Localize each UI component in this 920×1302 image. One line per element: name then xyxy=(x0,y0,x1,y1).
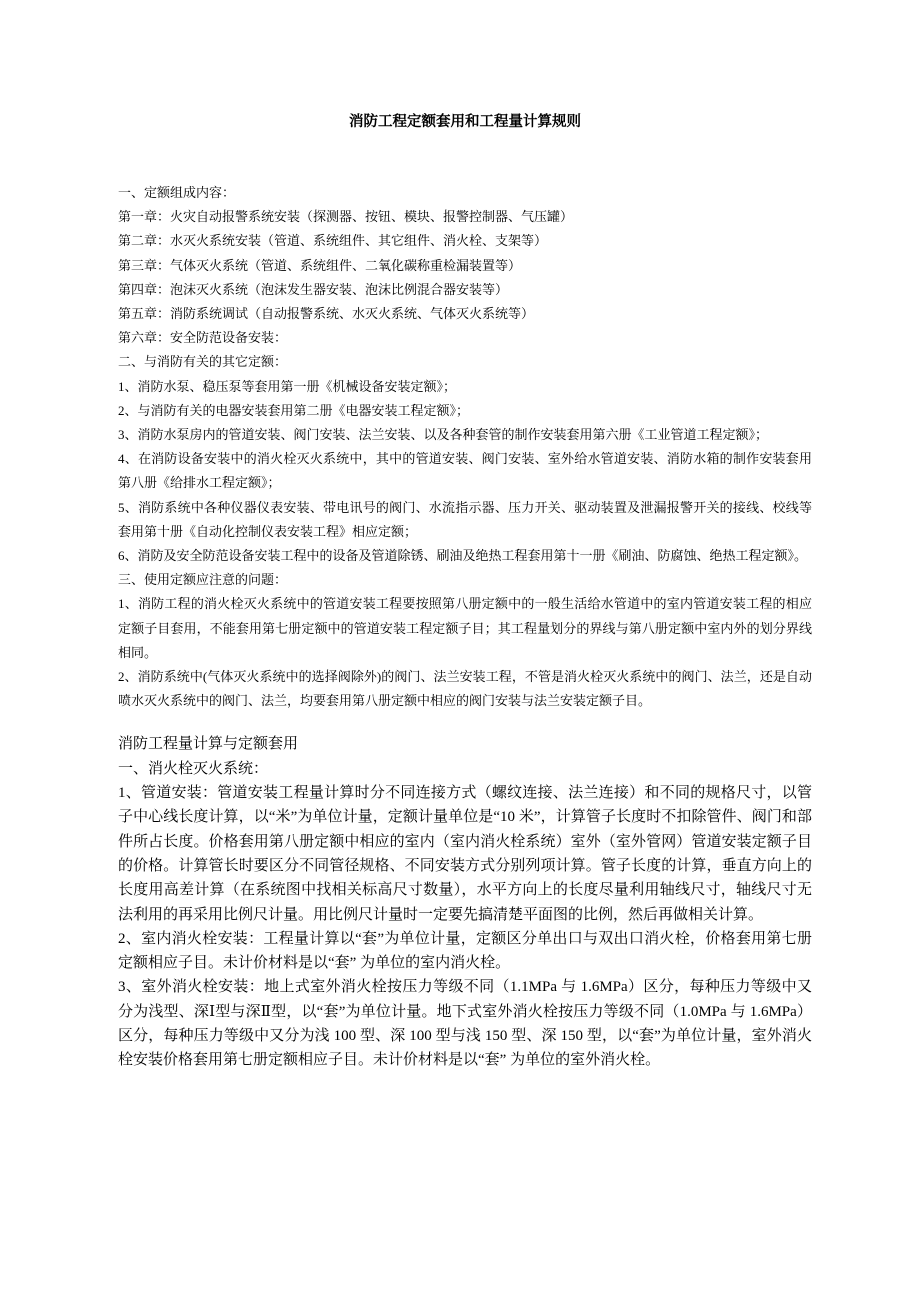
paragraph-other-quotas-item-4: 4、在消防设备安装中的消火栓灭火系统中，其中的管道安装、阀门安装、室外给水管道安… xyxy=(118,447,812,495)
paragraph-other-quotas-heading: 二、与消防有关的其它定额： xyxy=(118,350,812,374)
paragraph-chapter-6: 第六章：安全防范设备安装： xyxy=(118,326,812,350)
paragraph-other-quotas-item-6: 6、消防及安全防范设备安装工程中的设备及管道除锈、刷油及绝热工程套用第十一册《刷… xyxy=(118,544,812,568)
section-quota-rules: 一、定额组成内容： 第一章：火灾自动报警系统安装（探测器、按钮、模块、报警控制器… xyxy=(118,181,812,713)
paragraph-other-quotas-item-2: 2、与消防有关的电器安装套用第二册《电器安装工程定额》； xyxy=(118,399,812,423)
section-quantity-calculation: 消防工程量计算与定额套用 一、消火栓灭火系统： 1、管道安装：管道安装工程量计算… xyxy=(118,732,812,1072)
document-page: 消防工程定额套用和工程量计算规则 一、定额组成内容： 第一章：火灾自动报警系统安… xyxy=(0,0,920,1302)
paragraph-quota-contents-heading: 一、定额组成内容： xyxy=(118,181,812,205)
paragraph-pipe-installation: 1、管道安装：管道安装工程量计算时分不同连接方式（螺纹连接、法兰连接）和不同的规… xyxy=(118,781,812,927)
paragraph-chapter-5: 第五章：消防系统调试（自动报警系统、水灭火系统、气体灭火系统等） xyxy=(118,302,812,326)
paragraph-attention-heading: 三、使用定额应注意的问题： xyxy=(118,568,812,592)
paragraph-other-quotas-item-3: 3、消防水泵房内的管道安装、阀门安装、法兰安装、以及各种套管的制作安装套用第六册… xyxy=(118,423,812,447)
paragraph-attention-item-1: 1、消防工程的消火栓灭火系统中的管道安装工程要按照第八册定额中的一般生活给水管道… xyxy=(118,592,812,665)
section-heading: 消防工程量计算与定额套用 xyxy=(118,732,812,756)
paragraph-chapter-3: 第三章：气体灭火系统（管道、系统组件、二氧化碳称重检漏装置等） xyxy=(118,254,812,278)
paragraph-chapter-4: 第四章：泡沫灭火系统（泡沫发生器安装、泡沫比例混合器安装等） xyxy=(118,278,812,302)
paragraph-attention-item-2: 2、消防系统中(气体灭火系统中的选择阀除外)的阀门、法兰安装工程，不管是消火栓灭… xyxy=(118,665,812,713)
paragraph-hydrant-system-heading: 一、消火栓灭火系统： xyxy=(118,757,812,781)
paragraph-other-quotas-item-1: 1、消防水泵、稳压泵等套用第一册《机械设备安装定额》； xyxy=(118,375,812,399)
paragraph-other-quotas-item-5: 5、消防系统中各种仪器仪表安装、带电讯号的阀门、水流指示器、压力开关、驱动装置及… xyxy=(118,496,812,544)
paragraph-outdoor-hydrant: 3、室外消火栓安装：地上式室外消火栓按压力等级不同（1.1MPa 与 1.6MP… xyxy=(118,975,812,1072)
document-title: 消防工程定额套用和工程量计算规则 xyxy=(118,110,812,134)
paragraph-indoor-hydrant: 2、室内消火栓安装：工程量计算以“套”为单位计量，定额区分单出口与双出口消火栓，… xyxy=(118,927,812,976)
paragraph-chapter-1: 第一章：火灾自动报警系统安装（探测器、按钮、模块、报警控制器、气压罐） xyxy=(118,205,812,229)
paragraph-chapter-2: 第二章：水灭火系统安装（管道、系统组件、其它组件、消火栓、支架等） xyxy=(118,229,812,253)
